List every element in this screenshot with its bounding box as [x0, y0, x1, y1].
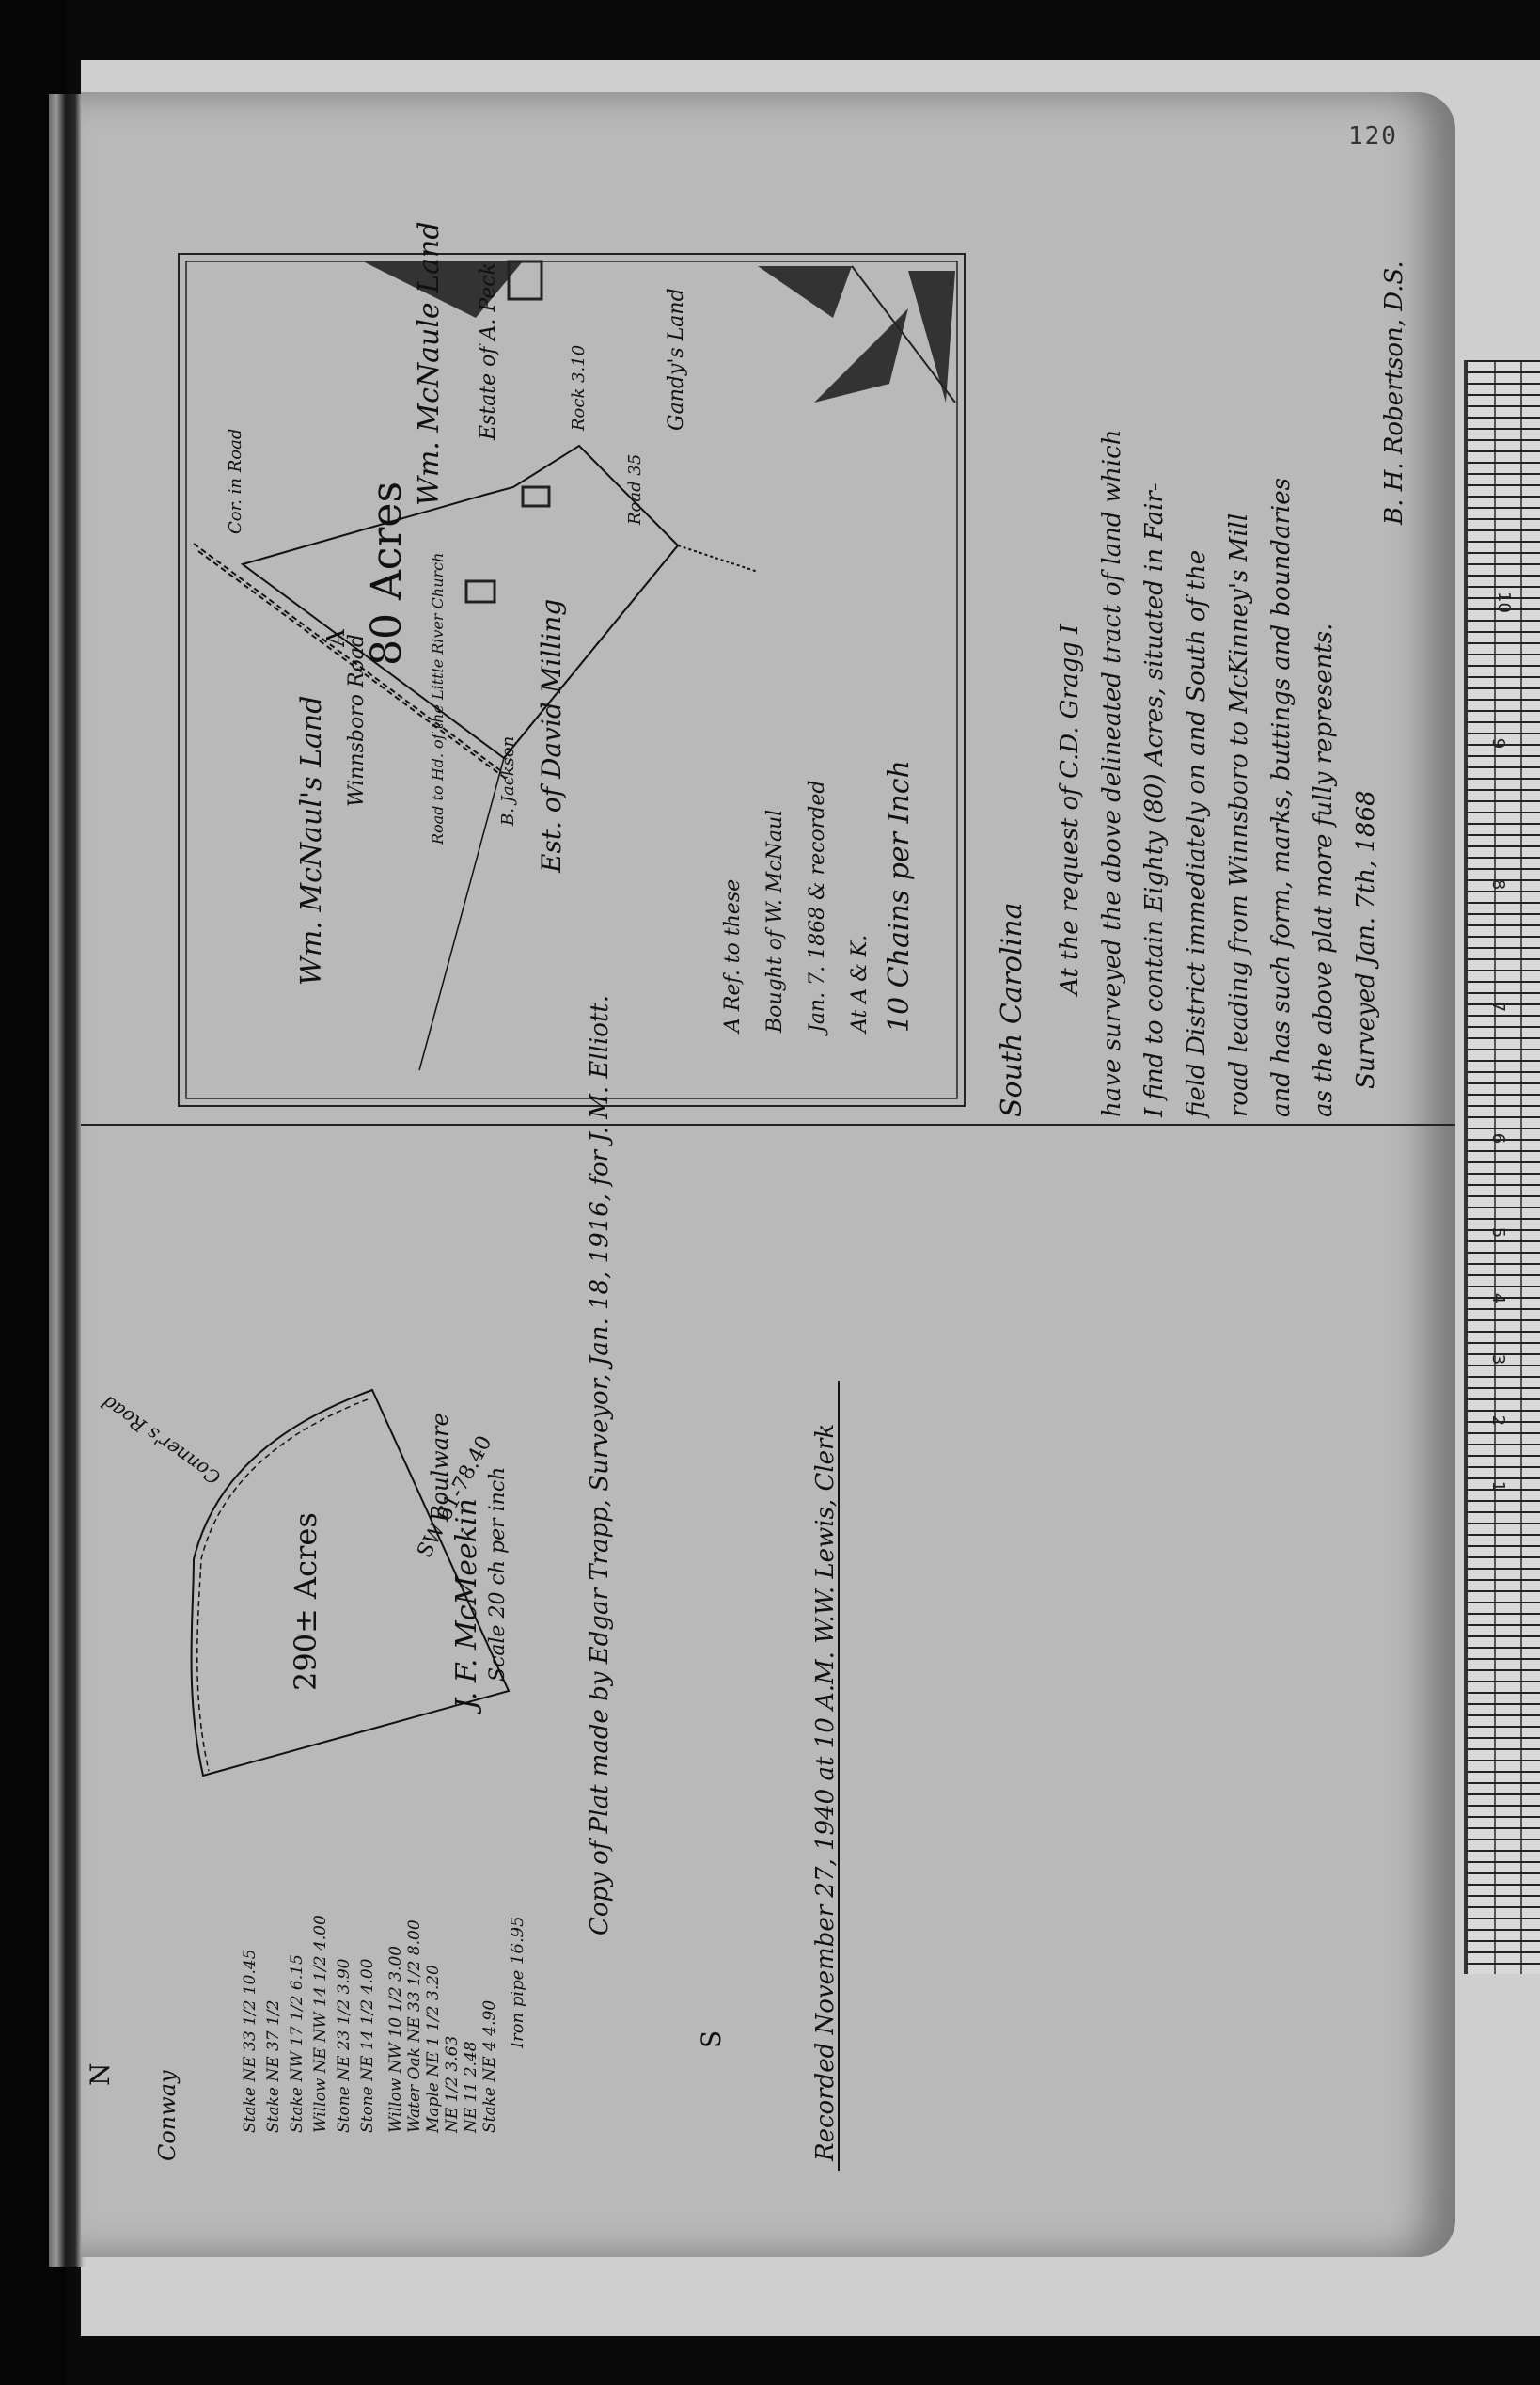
svg-text:Willow NE NW 14 1/2 4.00: Willow NE NW 14 1/2 4.00 — [311, 1915, 330, 2133]
svg-text:Rock 3.10: Rock 3.10 — [569, 345, 589, 432]
svg-text:Wm. McNaule Land: Wm. McNaule Land — [413, 221, 446, 506]
svg-text:road leading from Winnsboro to: road leading from Winnsboro to McKinney'… — [1225, 513, 1253, 1117]
svg-text:At the request of C.D. Gragg I: At the request of C.D. Gragg I — [1056, 624, 1084, 997]
house-icon — [523, 487, 549, 506]
svg-text:Copy of Plat made by Edgar Tra: Copy of Plat made by Edgar Trapp, Survey… — [586, 995, 614, 1935]
svg-text:Road to Hd. of the Little Rive: Road to Hd. of the Little River Church — [429, 553, 447, 845]
svg-text:as the above plat more fully r: as the above plat more fully represents. — [1310, 624, 1338, 1117]
svg-text:N: N — [85, 2063, 116, 2087]
ruler-tick-label: 7 — [1488, 1002, 1508, 1012]
svg-text:NE 1/2 3.63: NE 1/2 3.63 — [443, 2036, 462, 2134]
svg-text:South Carolina: South Carolina — [996, 903, 1029, 1118]
svg-text:Road 35: Road 35 — [625, 454, 645, 526]
ruler-tick-label: 5 — [1488, 1227, 1508, 1238]
compass-rose-icon — [758, 266, 955, 403]
svg-text:Cor. in Road: Cor. in Road — [226, 429, 245, 534]
svg-text:Boulware: Boulware — [427, 1413, 453, 1523]
svg-text:Estate of A. Peck: Estate of A. Peck — [477, 262, 500, 441]
svg-text:Gandy's Land: Gandy's Land — [665, 288, 688, 431]
svg-text:Stone NE 14 1/2 4.00: Stone NE 14 1/2 4.00 — [358, 1958, 377, 2133]
ruler-tick-label: 9 — [1488, 738, 1508, 749]
svg-text:Recorded November 27, 1940 at: Recorded November 27, 1940 at 10 A.M. W.… — [811, 1424, 840, 2162]
survey-drawing: 80 Acres Wm. McNaul's Land Wm. McNaule L… — [81, 92, 1455, 2257]
svg-text:Stake NE 33 1/2 10.45: Stake NE 33 1/2 10.45 — [241, 1949, 259, 2133]
svg-text:have surveyed the above deline: have surveyed the above delineated tract… — [1098, 430, 1126, 1117]
svg-text:Stake NE 4 4.90: Stake NE 4 4.90 — [480, 2000, 499, 2133]
cartouche-icon — [363, 261, 542, 318]
ruler-tick-label: 10 — [1494, 592, 1514, 613]
svg-text:Conner's Road: Conner's Road — [97, 1391, 224, 1490]
svg-text:Jan. 7. 1868 & recorded: Jan. 7. 1868 & recorded — [806, 781, 829, 1036]
svg-text:A Ref. to these: A Ref. to these — [721, 879, 745, 1035]
svg-text:Conway: Conway — [154, 2070, 181, 2161]
boundary-calls: Stake NE 4 4.90 NE 11 2.48 NE 1/2 3.63 M… — [241, 1915, 499, 2134]
svg-text:Scale 20 ch per inch: Scale 20 ch per inch — [486, 1467, 510, 1682]
svg-text:Wm. McNaul's Land: Wm. McNaul's Land — [295, 696, 328, 986]
svg-text:B. Jackson: B. Jackson — [498, 736, 518, 827]
ruler-tick-label: 6 — [1488, 1133, 1508, 1144]
svg-text:Stake NE 37 1/2: Stake NE 37 1/2 — [264, 2000, 283, 2133]
svg-text:NE 11 2.48: NE 11 2.48 — [462, 2041, 480, 2134]
ruler-tick-label: 8 — [1488, 879, 1508, 890]
ruler-tick-label: 1 — [1488, 1481, 1508, 1492]
svg-text:S: S — [696, 2030, 727, 2048]
svg-text:Water Oak NE 33 1/2 8.00: Water Oak NE 33 1/2 8.00 — [405, 1919, 424, 2133]
svg-text:field District immediately on: field District immediately on and South … — [1183, 550, 1211, 1119]
svg-text:Stone NE 23 1/2 3.90: Stone NE 23 1/2 3.90 — [335, 1958, 354, 2133]
ruler-tick-label: 4 — [1488, 1293, 1508, 1303]
svg-text:A: A — [322, 628, 351, 648]
svg-text:Bought of W. McNaul: Bought of W. McNaul — [763, 810, 787, 1034]
svg-text:Willow NW 10 1/2 3.00: Willow NW 10 1/2 3.00 — [386, 1946, 405, 2133]
svg-text:and has such form, marks, butt: and has such form, marks, buttings and b… — [1267, 478, 1296, 1117]
svg-text:Winnsboro Road: Winnsboro Road — [345, 634, 369, 807]
svg-text:I find to contain Eighty (80): I find to contain Eighty (80) Acres, sit… — [1140, 482, 1169, 1118]
acreage-label: 290± Acres — [288, 1512, 323, 1691]
svg-text:Stake NW 17 1/2 6.15: Stake NW 17 1/2 6.15 — [288, 1954, 306, 2133]
svg-text:10 Chains per Inch: 10 Chains per Inch — [883, 760, 916, 1033]
svg-text:Surveyed Jan. 7th, 1868: Surveyed Jan. 7th, 1868 — [1352, 790, 1380, 1089]
acreage-label: 80 Acres — [363, 482, 411, 666]
house-icon — [466, 581, 495, 602]
svg-text:At A & K.: At A & K. — [848, 935, 872, 1035]
ruler-tick-label: 2 — [1488, 1415, 1508, 1426]
svg-text:Est. of David Milling: Est. of David Milling — [536, 599, 567, 874]
svg-text:Maple NE 1 1/2 3.20: Maple NE 1 1/2 3.20 — [424, 1965, 443, 2134]
svg-text:J. F. McMeekin: J. F. McMeekin — [450, 1498, 483, 1715]
svg-text:B. H. Robertson, D.S.: B. H. Robertson, D.S. — [1380, 261, 1408, 526]
svg-text:Iron pipe 16.95: Iron pipe 16.95 — [508, 1916, 527, 2049]
ruler-tick-label: 3 — [1488, 1354, 1508, 1365]
